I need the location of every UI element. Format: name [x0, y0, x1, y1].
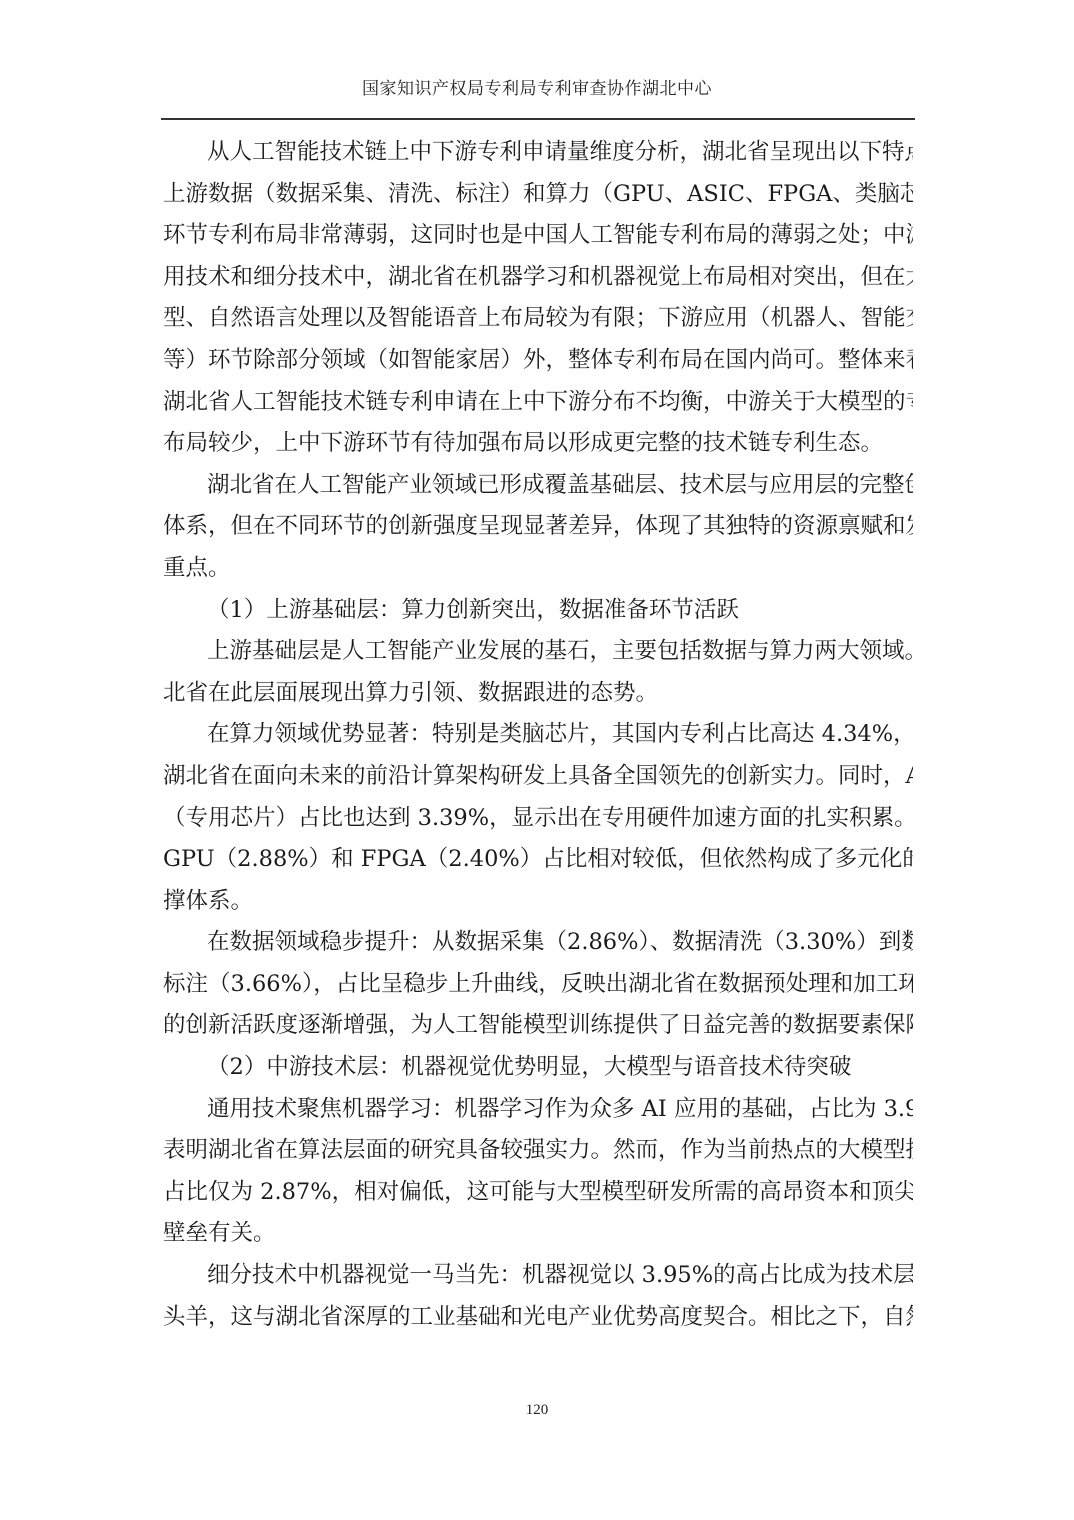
running-header: 国家知识产权局专利局专利审查协作湖北中心 — [0, 74, 1074, 99]
text-line: 型、自然语言处理以及智能语音上布局较为有限；下游应用（机器人、智能交通 — [163, 298, 913, 340]
text-line: 用技术和细分技术中，湖北省在机器学习和机器视觉上布局相对突出，但在大模 — [163, 257, 913, 299]
text-line: 的创新活跃度逐渐增强，为人工智能模型训练提供了日益完善的数据要素保障。 — [163, 1005, 913, 1047]
text-line: 从人工智能技术链上中下游专利申请量维度分析，湖北省呈现出以下特点： — [163, 132, 913, 174]
text-line: 湖北省在人工智能产业领域已形成覆盖基础层、技术层与应用层的完整创新 — [163, 465, 913, 507]
header-rule — [161, 118, 915, 120]
text-line: 通用技术聚焦机器学习：机器学习作为众多 AI 应用的基础，占比为 3.97%， — [163, 1089, 913, 1131]
page-number: 120 — [0, 1402, 1074, 1419]
text-line: 标注（3.66%），占比呈稳步上升曲线，反映出湖北省在数据预处理和加工环节 — [163, 964, 913, 1006]
text-line: GPU（2.88%）和 FPGA（2.40%）占比相对较低，但依然构成了多元化的… — [163, 839, 913, 881]
text-line: 布局较少，上中下游环节有待加强布局以形成更完整的技术链专利生态。 — [163, 423, 913, 465]
text-line: 壁垒有关。 — [163, 1213, 913, 1255]
text-line: 湖北省在面向未来的前沿计算架构研发上具备全国领先的创新实力。同时，ASIC — [163, 756, 913, 798]
text-line: 北省在此层面展现出算力引领、数据跟进的态势。 — [163, 673, 913, 715]
text-line: 体系，但在不同环节的创新强度呈现显著差异，体现了其独特的资源禀赋和发展 — [163, 506, 913, 548]
text-line: 表明湖北省在算法层面的研究具备较强实力。然而，作为当前热点的大模型技术， — [163, 1130, 913, 1172]
text-line: 在数据领域稳步提升：从数据采集（2.86%）、数据清洗（3.30%）到数据 — [163, 922, 913, 964]
text-line: 上游数据（数据采集、清洗、标注）和算力（GPU、ASIC、FPGA、类脑芯片） — [163, 174, 913, 216]
text-line: 环节专利布局非常薄弱，这同时也是中国人工智能专利布局的薄弱之处；中游通 — [163, 215, 913, 257]
text-line: 重点。 — [163, 548, 913, 590]
text-line: 上游基础层是人工智能产业发展的基石，主要包括数据与算力两大领域。湖 — [163, 631, 913, 673]
text-line: 头羊，这与湖北省深厚的工业基础和光电产业优势高度契合。相比之下，自然语 — [163, 1297, 913, 1339]
text-line: （专用芯片）占比也达到 3.39%，显示出在专用硬件加速方面的扎实积累。尽管 — [163, 798, 913, 840]
section-heading: （1）上游基础层：算力创新突出，数据准备环节活跃 — [163, 590, 913, 632]
text-line: 等）环节除部分领域（如智能家居）外，整体专利布局在国内尚可。整体来看， — [163, 340, 913, 382]
text-line: 在算力领域优势显著：特别是类脑芯片，其国内专利占比高达 4.34%，表明 — [163, 714, 913, 756]
section-heading: （2）中游技术层：机器视觉优势明显，大模型与语音技术待突破 — [163, 1047, 913, 1089]
text-line: 占比仅为 2.87%，相对偏低，这可能与大型模型研发所需的高昂资本和顶尖人才 — [163, 1172, 913, 1214]
text-line: 细分技术中机器视觉一马当先：机器视觉以 3.95%的高占比成为技术层的领 — [163, 1255, 913, 1297]
text-line: 撑体系。 — [163, 881, 913, 923]
body-text: 从人工智能技术链上中下游专利申请量维度分析，湖北省呈现出以下特点：上游数据（数据… — [163, 132, 913, 1338]
text-line: 湖北省人工智能技术链专利申请在上中下游分布不均衡，中游关于大模型的专利 — [163, 382, 913, 424]
